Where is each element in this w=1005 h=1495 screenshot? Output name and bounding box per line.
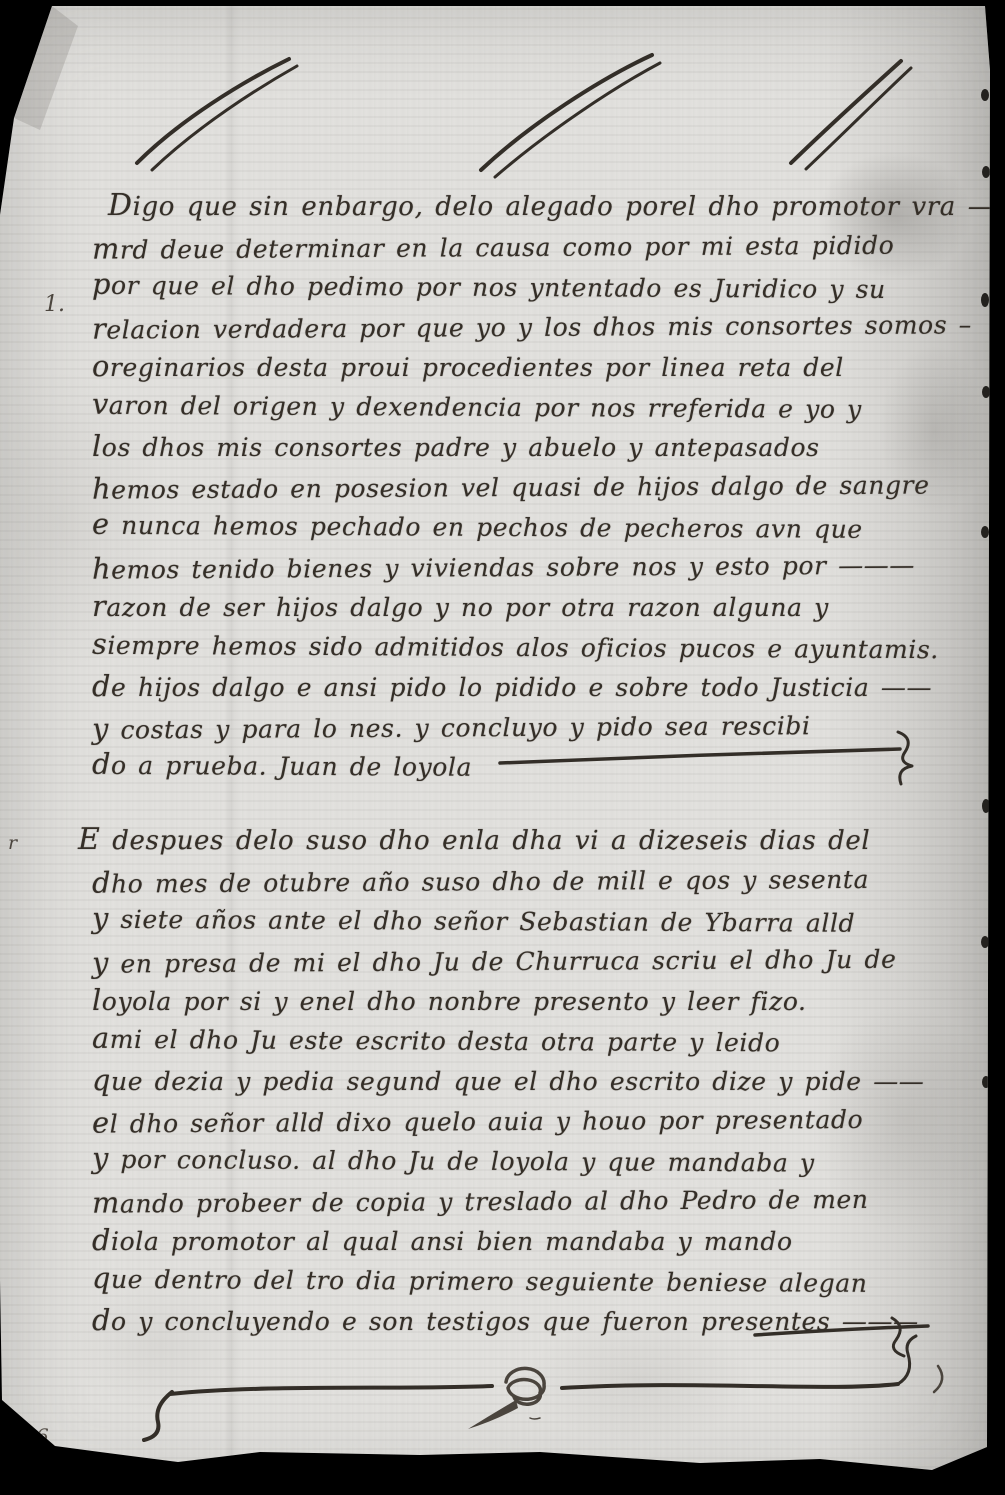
closing-flourish [144,1336,942,1440]
manuscript-line: el dho señor alld dixo quelo auia y houo… [92,1097,948,1142]
manuscript-line: siempre hemos sido admitidos alos oficio… [92,624,948,668]
paragraph-2: E despues delo suso dho enla dha vi a di… [92,820,948,1340]
paragraph-1: Digo que sin enbargo, delo alegado porel… [92,186,948,786]
manuscript-line: Digo que sin enbargo, delo alegado porel… [92,186,948,226]
binding-holes [981,89,990,1088]
manuscript-line: mando probeer de copia y treslado al dho… [92,1177,948,1222]
manuscript-line: y siete años ante el dho señor Sebastian… [92,898,948,942]
slash-mark-icon [791,61,911,169]
manuscript-line: e nunca hemos pechado en pechos de peche… [92,504,948,548]
manuscript-line: razon de ser hijos dalgo y no por otra r… [92,586,948,626]
slash-mark-icon [137,59,297,170]
manuscript-line: loyola por si y enel dho nonbre presento… [92,980,948,1020]
page-number: 6 [36,1424,49,1448]
manuscript-line: por que el dho pedimo por nos yntentado … [92,264,948,308]
scan-background: { "page": { "page_number": "6", "margin_… [0,0,1005,1495]
notary-knot-icon [468,1368,544,1429]
manuscript-line: hemos tenido bienes y viviendas sobre no… [92,543,948,588]
manuscript-line: hemos estado en posesion vel quasi de hi… [92,463,948,508]
manuscript-line: do y concluyendo e son testigos que fuer… [92,1300,948,1340]
manuscript-line: que dentro del tro dia primero seguiente… [92,1258,948,1302]
manuscript-line: y por concluso. al dho Ju de loyola y qu… [92,1138,948,1182]
slash-mark-icon [481,55,660,177]
manuscript-line: y en presa de mi el dho Ju de Churruca s… [92,937,948,982]
manuscript-line: diola promotor al qual ansi bien mandaba… [92,1220,948,1260]
margin-mark-2: r [8,832,17,854]
manuscript-line: dho mes de otubre año suso dho de mill e… [92,857,948,902]
margin-mark-1: 1. [44,292,65,317]
manuscript-line: do a prueba. Juan de loyola [92,744,948,788]
manuscript-page: Digo que sin enbargo, delo alegado porel… [0,0,1005,1495]
manuscript-line: relacion verdadera por que yo y los dhos… [92,303,948,348]
manuscript-line: mrd deue determinar en la causa como por… [92,223,948,268]
folded-corner [14,6,78,130]
manuscript-line: los dhos mis consortes padre y abuelo y … [92,426,948,466]
manuscript-line: varon del origen y dexendencia por nos r… [92,384,948,428]
manuscript-line: ami el dho Ju este escrito desta otra pa… [92,1018,948,1062]
manuscript-line: de hijos dalgo e ansi pido lo pidido e s… [92,666,948,706]
manuscript-line: que dezia y pedia segund que el dho escr… [92,1060,948,1100]
manuscript-line: E despues delo suso dho enla dha vi a di… [78,820,948,860]
manuscript-line: oreginarios desta proui procedientes por… [92,346,948,386]
manuscript-line: y costas y para lo nes. y concluyo y pid… [92,703,948,748]
